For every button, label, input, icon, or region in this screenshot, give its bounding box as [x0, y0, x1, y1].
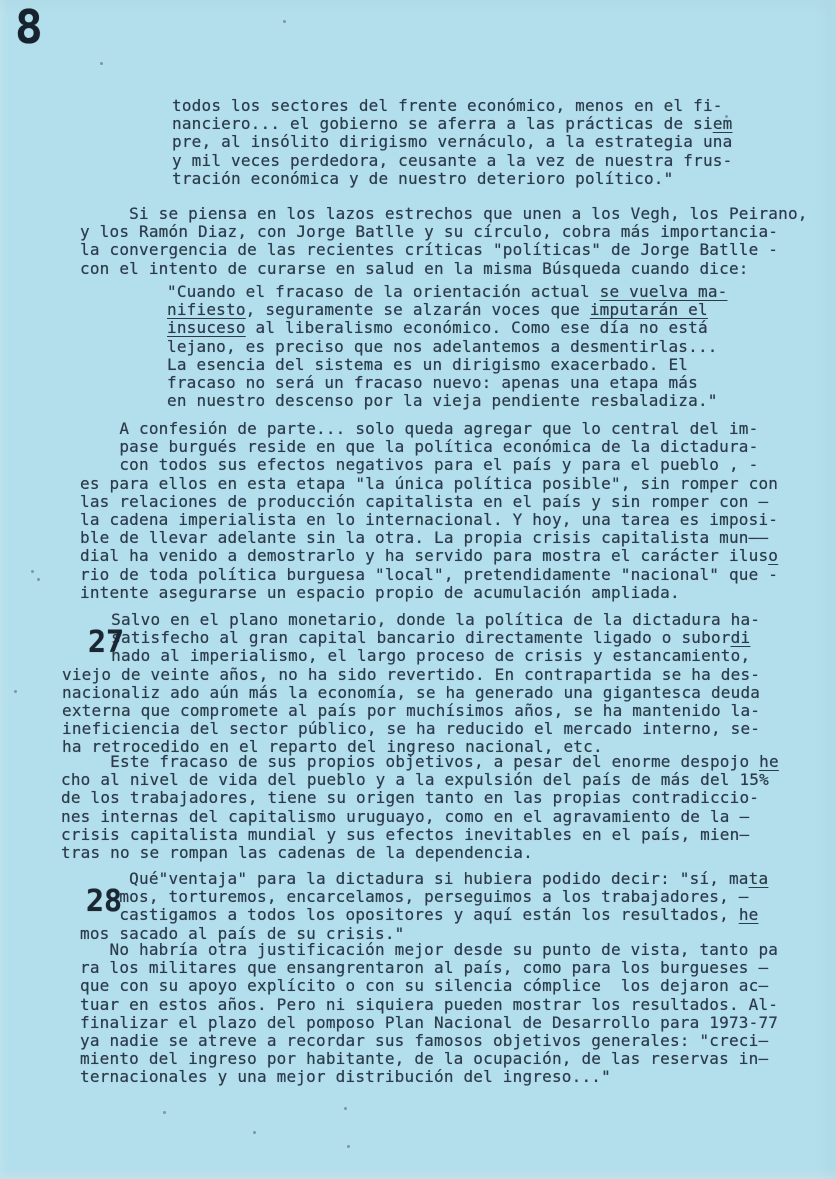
underlined-text: di [731, 628, 751, 647]
text-segment: nes internas del capitalismo uruguayo, c… [61, 807, 749, 826]
text-line: castigamos a todos los opositores y aquí… [80, 906, 768, 924]
text-line: Salvo en el plano monetario, donde la po… [62, 611, 760, 629]
text-line: Si se piensa en los lazos estrechos que … [80, 205, 808, 223]
margin-number: 28 [86, 884, 122, 919]
text-line: lejano, es preciso que nos adelantemos a… [167, 338, 727, 356]
underlined-text: ta [749, 869, 769, 888]
underlined-text: he [759, 752, 779, 771]
document-body: todos los sectores del frente económico,… [0, 0, 836, 1179]
text-segment: lejano, es preciso que nos adelantemos a… [167, 337, 718, 356]
text-segment: ya nadie se atreve a recordar sus famoso… [80, 1031, 768, 1050]
text-line: dial ha venido a demostrarlo y ha servid… [80, 547, 778, 565]
text-segment: tuar en estos años. Pero ni siquiera pue… [80, 995, 778, 1014]
paper-speck [283, 20, 286, 23]
text-line: ra los militares que ensangrentaron al p… [80, 959, 778, 977]
text-segment: y mil veces perdedora, ceusante a la vez… [172, 151, 732, 170]
text-line: A confesión de parte... solo queda agreg… [80, 420, 778, 438]
underlined-text: he [739, 905, 759, 924]
text-segment: la convergencia de las recientes crítica… [80, 240, 778, 259]
text-segment: Si se piensa en los lazos estrechos que … [80, 204, 808, 223]
paper-speck [163, 1111, 166, 1114]
text-line: que con su apoyo explícito o con su sile… [80, 977, 778, 995]
text-segment: externa que compromete al país por muchí… [62, 701, 760, 720]
text-line: tuar en estos años. Pero ni siquiera pue… [80, 996, 778, 1014]
text-segment: castigamos a todos los opositores y aquí… [80, 905, 739, 924]
text-line: pase burgués reside en que la política e… [80, 438, 778, 456]
text-line: externa que compromete al país por muchí… [62, 702, 760, 720]
text-line: viejo de veinte años, no ha sido reverti… [62, 666, 760, 684]
text-line: con todos sus efectos negativos para el … [80, 456, 778, 474]
text-line: pre, al insólito dirigismo vernáculo, a … [172, 133, 732, 151]
text-segment: tración económica y de nuestro deterioro… [172, 169, 673, 188]
text-segment: Salvo en el plano monetario, donde la po… [62, 610, 760, 629]
text-segment: de los trabajadores, tiene su origen tan… [61, 788, 759, 807]
text-line: ble de llevar adelante sin la otra. La p… [80, 529, 778, 547]
text-line: la cadena imperialista en lo internacion… [80, 511, 778, 529]
text-line: y los Ramón Diaz, con Jorge Batlle y su … [80, 223, 808, 241]
paper-speck [253, 1131, 256, 1134]
text-segment: viejo de veinte años, no ha sido reverti… [62, 665, 760, 684]
paper-speck [725, 115, 728, 118]
text-segment: dial ha venido a demostrarlo y ha servid… [80, 546, 768, 565]
text-segment: en nuestro descenso por la vieja pendien… [167, 391, 718, 410]
text-segment: crisis capitalista mundial y sus efectos… [61, 825, 749, 844]
text-segment: Qué"ventaja" para la dictadura si hubier… [80, 869, 749, 888]
margin-number: 27 [88, 625, 124, 660]
text-segment: La esencia del sistema es un dirigismo e… [167, 355, 688, 374]
text-line: fracaso no será un fracaso nuevo: apenas… [167, 374, 727, 392]
underlined-text: o [768, 546, 778, 565]
text-segment: pre, al insólito dirigismo vernáculo, a … [172, 132, 732, 151]
text-line: rio de toda política burguesa "local", p… [80, 566, 778, 584]
paragraph-este-fracaso: Este fracaso de sus propios objetivos, a… [61, 753, 779, 862]
text-line: No habría otra justificación mejor desde… [80, 941, 778, 959]
text-line: insuceso al liberalismo económico. Como … [167, 319, 727, 337]
text-line: crisis capitalista mundial y sus efectos… [61, 826, 779, 844]
text-segment: nacionaliz ado aún más la economía, se h… [62, 683, 760, 702]
text-segment: ble de llevar adelante sin la otra. La p… [80, 528, 768, 547]
text-segment: ineficiencia del sector público, se ha r… [62, 719, 760, 738]
text-line: nado al imperialismo, el largo proceso d… [62, 647, 760, 665]
text-segment: ternacionales y una mejor distribución d… [80, 1067, 611, 1086]
text-line: finalizar el plazo del pomposo Plan Naci… [80, 1014, 778, 1032]
text-segment: tras no se rompan las cadenas de la depe… [61, 843, 533, 862]
paper-speck [347, 1145, 350, 1148]
text-line: tración económica y de nuestro deterioro… [172, 170, 732, 188]
text-segment: que con su apoyo explícito o con su sile… [80, 976, 768, 995]
text-line: las relaciones de producción capitalista… [80, 493, 778, 511]
paragraph-no-habria: No habría otra justificación mejor desde… [80, 941, 778, 1087]
paragraph-que-ventaja: Qué"ventaja" para la dictadura si hubier… [80, 870, 768, 943]
paper-speck [100, 62, 103, 65]
text-line: y mil veces perdedora, ceusante a la vez… [172, 152, 732, 170]
text-segment: cho al nivel de vida del pueblo y a la e… [61, 770, 769, 789]
text-segment: finalizar el plazo del pomposo Plan Naci… [80, 1013, 778, 1032]
text-segment: nanciero... el gobierno se aferra a las … [172, 114, 713, 133]
text-segment: con todos sus efectos negativos para el … [80, 455, 758, 474]
text-line: satisfecho al gran capital bancario dire… [62, 629, 760, 647]
text-line: con el intento de curarse en salud en la… [80, 260, 808, 278]
text-segment: pase burgués reside en que la política e… [80, 437, 758, 456]
text-line: "Cuando el fracaso de la orientación act… [167, 283, 727, 301]
paper-speck [14, 690, 17, 693]
text-segment: No habría otra justificación mejor desde… [80, 940, 778, 959]
text-segment: al liberalismo económico. Como ese día n… [246, 318, 708, 337]
text-segment: y los Ramón Diaz, con Jorge Batlle y su … [80, 222, 778, 241]
text-segment: satisfecho al gran capital bancario dire… [62, 628, 731, 647]
text-segment: , seguramente se alzarán voces que [246, 300, 590, 319]
text-segment: Este fracaso de sus propios objetivos, a… [61, 752, 759, 771]
text-line: Este fracaso de sus propios objetivos, a… [61, 753, 779, 771]
underlined-text: nifiesto [167, 300, 246, 319]
paper-speck [31, 570, 34, 573]
text-segment: mos, torturemos, encarcelamos, perseguim… [80, 887, 749, 906]
paragraph-salvo: Salvo en el plano monetario, donde la po… [62, 611, 760, 757]
text-line: ternacionales y una mejor distribución d… [80, 1068, 778, 1086]
text-segment: rio de toda política burguesa "local", p… [80, 565, 778, 584]
text-line: nanciero... el gobierno se aferra a las … [172, 115, 732, 133]
paragraph-a-confesion: A confesión de parte... solo queda agreg… [80, 420, 778, 602]
underlined-text: em [713, 114, 733, 133]
text-segment: A confesión de parte... solo queda agreg… [80, 419, 758, 438]
underlined-text: se vuelva ma- [600, 282, 728, 301]
text-line: la convergencia de las recientes crítica… [80, 241, 808, 259]
text-line: nifiesto, seguramente se alzarán voces q… [167, 301, 727, 319]
text-line: es para ellos en esta etapa "la única po… [80, 475, 778, 493]
text-segment: todos los sectores del frente económico,… [172, 96, 723, 115]
text-line: ineficiencia del sector público, se ha r… [62, 720, 760, 738]
blockquote-2: "Cuando el fracaso de la orientación act… [167, 283, 727, 410]
text-segment: con el intento de curarse en salud en la… [80, 259, 749, 278]
blockquote-1: todos los sectores del frente económico,… [172, 97, 732, 188]
text-line: todos los sectores del frente económico,… [172, 97, 732, 115]
text-line: La esencia del sistema es un dirigismo e… [167, 356, 727, 374]
text-line: nacionaliz ado aún más la economía, se h… [62, 684, 760, 702]
text-line: intente asegurarse un espacio propio de … [80, 584, 778, 602]
text-segment: es para ellos en esta etapa "la única po… [80, 474, 778, 493]
paper-speck [344, 1107, 347, 1110]
text-line: Qué"ventaja" para la dictadura si hubier… [80, 870, 768, 888]
text-segment: las relaciones de producción capitalista… [80, 492, 768, 511]
text-line: tras no se rompan las cadenas de la depe… [61, 844, 779, 862]
paper-speck [37, 578, 40, 581]
text-segment: "Cuando el fracaso de la orientación act… [167, 282, 600, 301]
text-line: en nuestro descenso por la vieja pendien… [167, 392, 727, 410]
underlined-text: insuceso [167, 318, 246, 337]
underlined-text: imputarán el [590, 300, 708, 319]
text-segment: intente asegurarse un espacio propio de … [80, 583, 680, 602]
text-segment: ra los militares que ensangrentaron al p… [80, 958, 768, 977]
text-segment: la cadena imperialista en lo internacion… [80, 510, 778, 529]
text-line: miento del ingreso por habitante, de la … [80, 1050, 778, 1068]
text-line: nes internas del capitalismo uruguayo, c… [61, 808, 779, 826]
scanned-document-page: 8 todos los sectores del frente económic… [0, 0, 836, 1179]
text-line: ya nadie se atreve a recordar sus famoso… [80, 1032, 778, 1050]
text-segment: fracaso no será un fracaso nuevo: apenas… [167, 373, 698, 392]
text-line: cho al nivel de vida del pueblo y a la e… [61, 771, 779, 789]
text-segment: miento del ingreso por habitante, de la … [80, 1049, 768, 1068]
text-line: mos, torturemos, encarcelamos, perseguim… [80, 888, 768, 906]
paragraph-si-se-piensa: Si se piensa en los lazos estrechos que … [80, 205, 808, 278]
text-line: de los trabajadores, tiene su origen tan… [61, 789, 779, 807]
text-segment: nado al imperialismo, el largo proceso d… [62, 646, 750, 665]
